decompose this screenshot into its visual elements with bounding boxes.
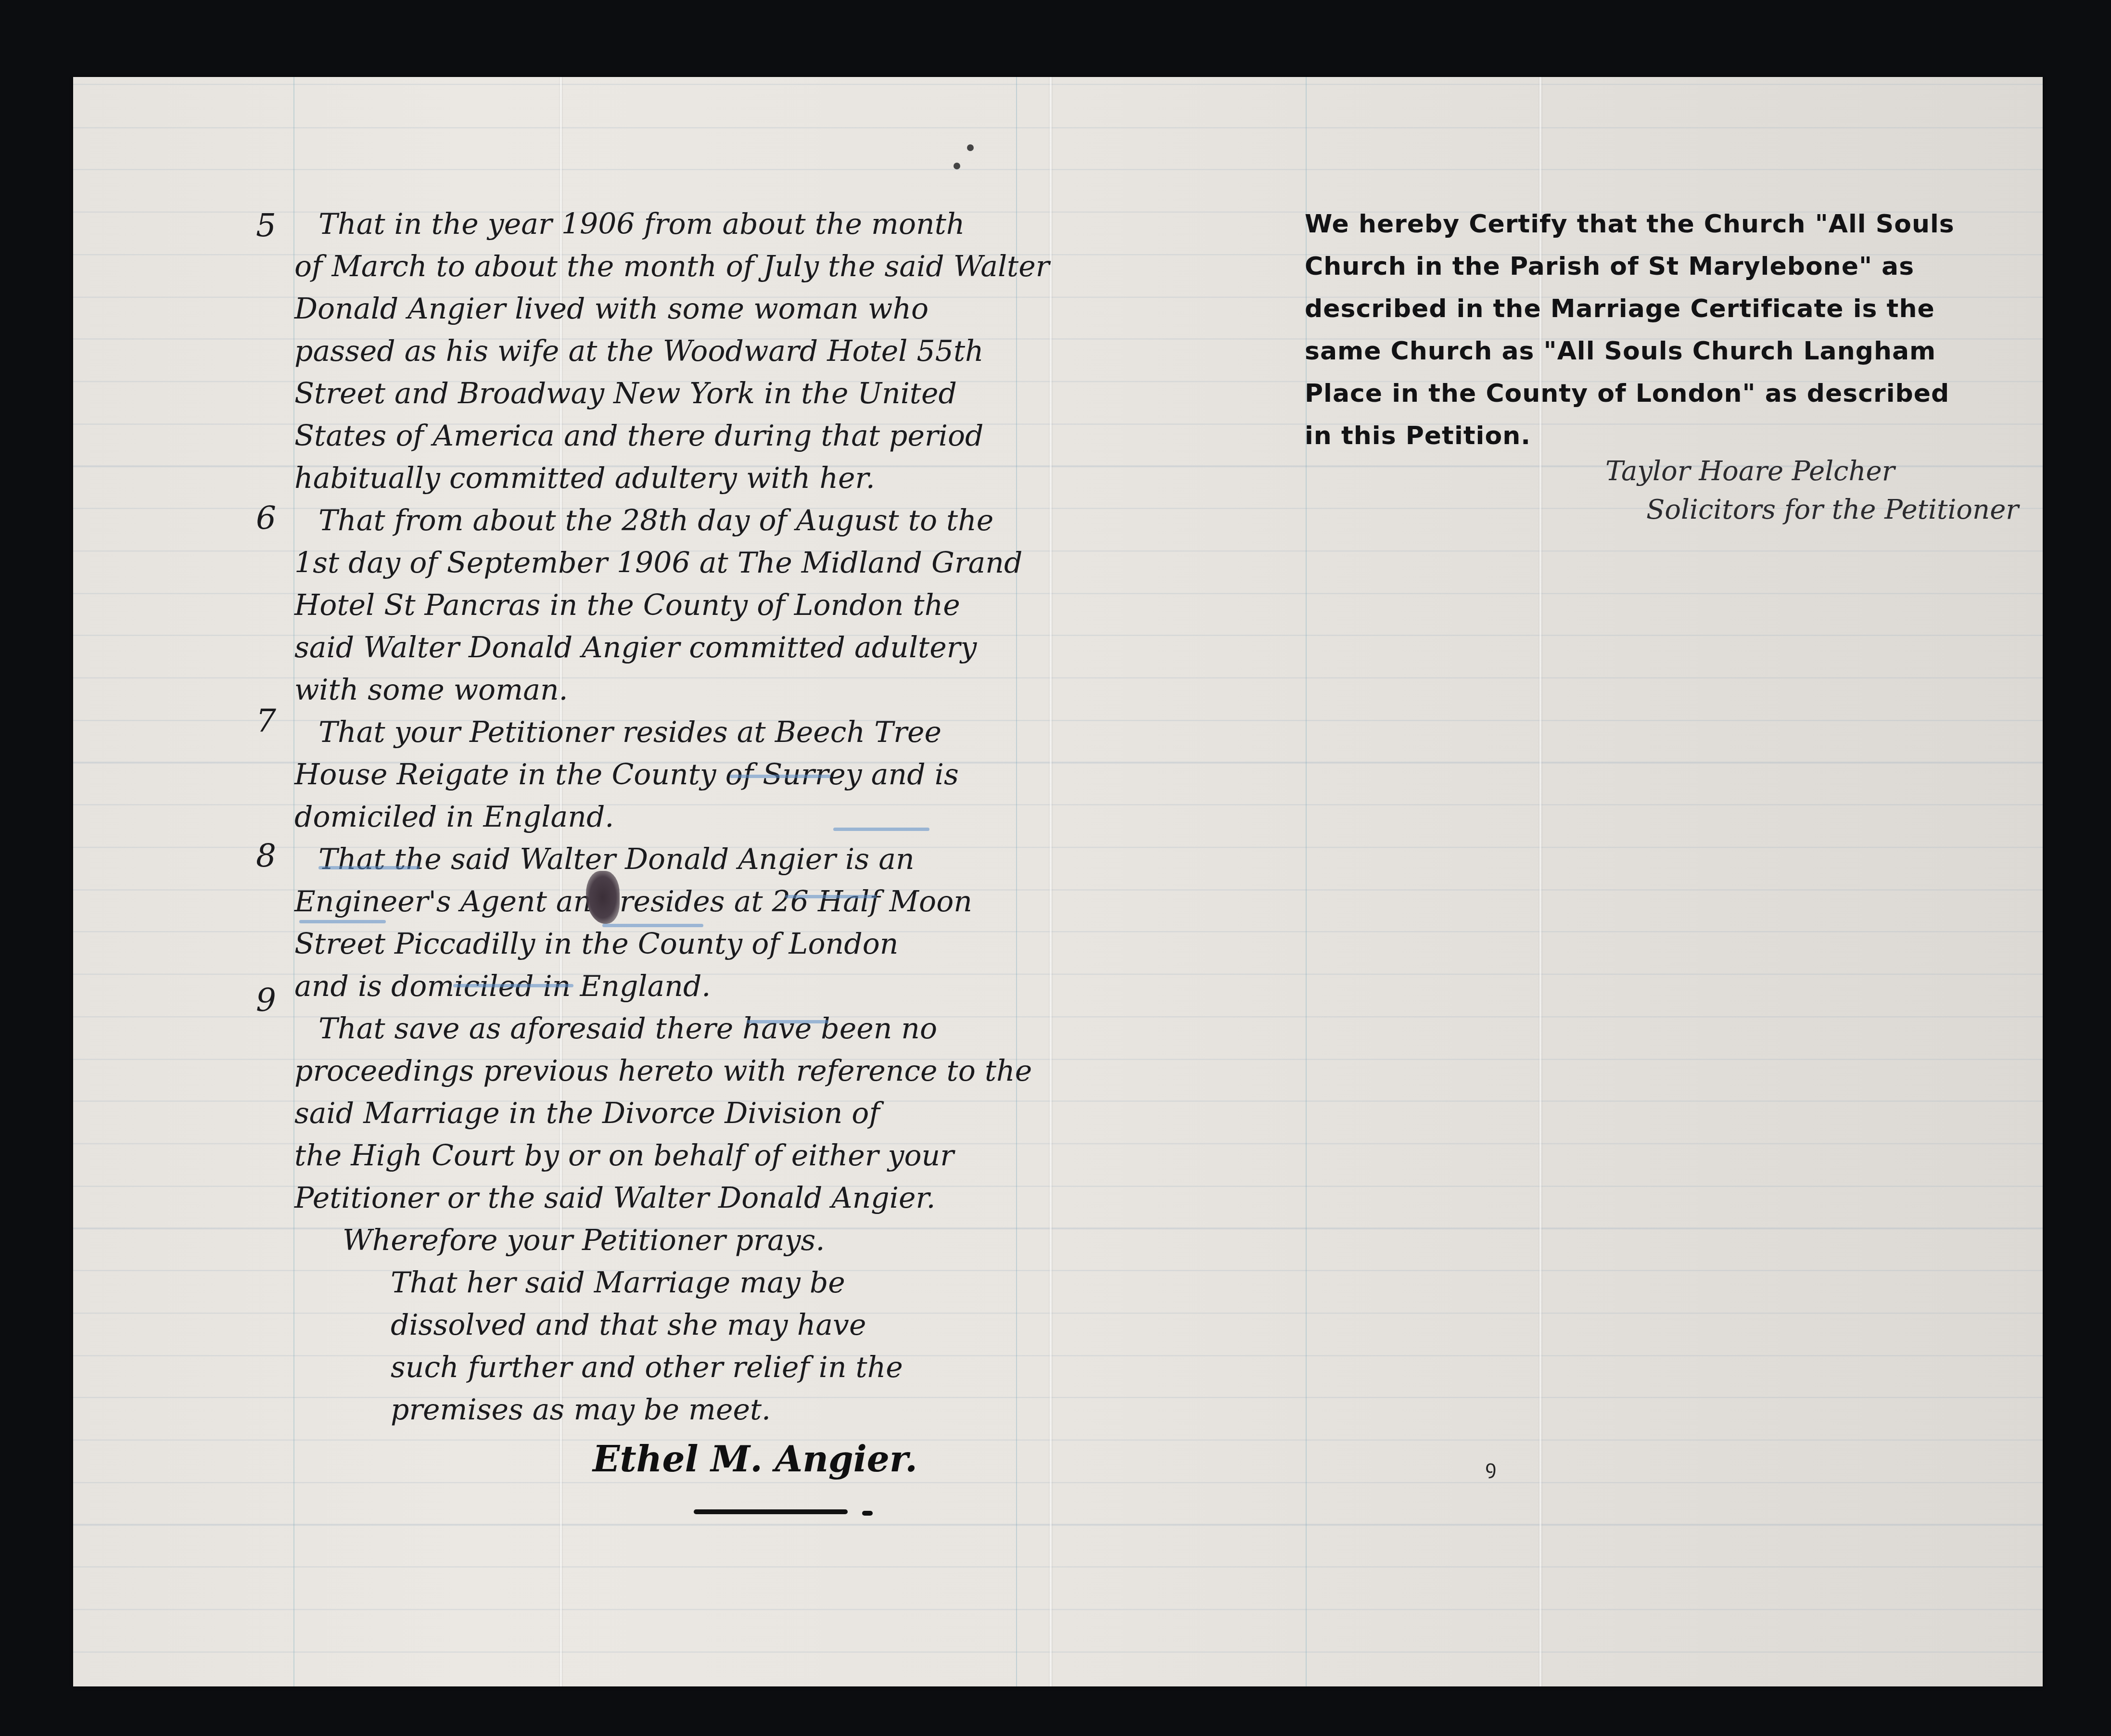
text-line: Petitioner or the said Walter Donald Ang…: [294, 1177, 1032, 1219]
text-line: That from about the 28th day of August t…: [294, 499, 1022, 542]
text-line: of March to about the month of July the …: [294, 245, 1049, 288]
text-line: Hotel St Pancras in the County of London…: [294, 584, 1022, 626]
signature-underline-dash: [862, 1511, 873, 1516]
text-line: Engineer's Agent and resides at 26 Half …: [294, 881, 972, 923]
text-line: described in the Marriage Certificate is…: [1305, 288, 1955, 330]
blue-pencil-underline: [785, 895, 877, 898]
paragraph-8: That the said Walter Donald Angier is an…: [294, 838, 972, 1008]
paragraph-number: 5: [256, 207, 276, 244]
text-line: States of America and there during that …: [294, 415, 1049, 457]
prayer-body: That her said Marriage may be dissolved …: [391, 1262, 903, 1431]
blue-pencil-underline: [453, 984, 573, 987]
text-line: domiciled in England.: [294, 796, 959, 838]
solicitor-role: Solicitors for the Petitioner: [1646, 491, 2019, 529]
text-line: proceedings previous hereto with referen…: [294, 1050, 1032, 1092]
blue-pencil-underline: [299, 920, 386, 923]
text-line: habitually committed adultery with her.: [294, 457, 1049, 499]
text-line: That save as aforesaid there have been n…: [294, 1008, 1032, 1050]
text-line: such further and other relief in the: [391, 1346, 903, 1389]
blue-pencil-underline: [833, 828, 929, 831]
text-line: 1st day of September 1906 at The Midland…: [294, 542, 1022, 584]
text-line: That her said Marriage may be: [391, 1262, 903, 1304]
text-line: Place in the County of London" as descri…: [1305, 372, 1955, 415]
paragraph-number: 7: [256, 702, 276, 740]
pin-hole: [954, 163, 960, 169]
paragraph-number: 9: [256, 982, 276, 1019]
text-line: and is domiciled in England.: [294, 965, 972, 1008]
text-line: House Reigate in the County of Surrey an…: [294, 753, 959, 796]
paragraph-9: That save as aforesaid there have been n…: [294, 1008, 1032, 1219]
blue-pencil-underline: [730, 775, 831, 778]
prayer-heading: Wherefore your Petitioner prays.: [343, 1219, 825, 1262]
text-line: said Marriage in the Divorce Division of: [294, 1092, 1032, 1135]
text-line: premises as may be meet.: [391, 1389, 903, 1431]
text-line: dissolved and that she may have: [391, 1304, 903, 1346]
text-line: Street Piccadilly in the County of Londo…: [294, 923, 972, 965]
blue-pencil-underline: [747, 1020, 828, 1023]
paragraph-number: 6: [256, 499, 276, 536]
blue-pencil-underline: [318, 866, 420, 869]
blue-pencil-underline: [602, 924, 703, 927]
text-line: in this Petition.: [1305, 415, 1955, 457]
text-line: Church in the Parish of St Marylebone" a…: [1305, 245, 1955, 288]
text-line: That in the year 1906 from about the mon…: [294, 203, 1049, 245]
paragraph-5: That in the year 1906 from about the mon…: [294, 203, 1049, 499]
text-line: Donald Angier lived with some woman who: [294, 288, 1049, 330]
paragraph-6: That from about the 28th day of August t…: [294, 499, 1022, 711]
pin-hole: [967, 144, 974, 151]
text-line: We hereby Certify that the Church "All S…: [1305, 203, 1955, 245]
signature-underline: [694, 1509, 848, 1514]
paragraph-7: That your Petitioner resides at Beech Tr…: [294, 711, 959, 838]
document-sheet: 5 That in the year 1906 from about the m…: [73, 77, 2043, 1686]
text-line: with some woman.: [294, 669, 1022, 711]
petitioner-signature: Ethel M. Angier.: [593, 1439, 917, 1480]
text-line: Street and Broadway New York in the Unit…: [294, 372, 1049, 415]
certification-text: We hereby Certify that the Church "All S…: [1305, 203, 1955, 457]
small-ink-mark: ꝯ: [1485, 1453, 1496, 1480]
text-line: the High Court by or on behalf of either…: [294, 1135, 1032, 1177]
text-line: passed as his wife at the Woodward Hotel…: [294, 330, 1049, 372]
solicitor-signature: Taylor Hoare Pelcher: [1605, 452, 1895, 491]
text-line: same Church as "All Souls Church Langham: [1305, 330, 1955, 372]
text-line: said Walter Donald Angier committed adul…: [294, 626, 1022, 669]
paragraph-number: 8: [256, 837, 276, 874]
text-line: That the said Walter Donald Angier is an: [294, 838, 972, 881]
text-line: That your Petitioner resides at Beech Tr…: [294, 711, 959, 753]
